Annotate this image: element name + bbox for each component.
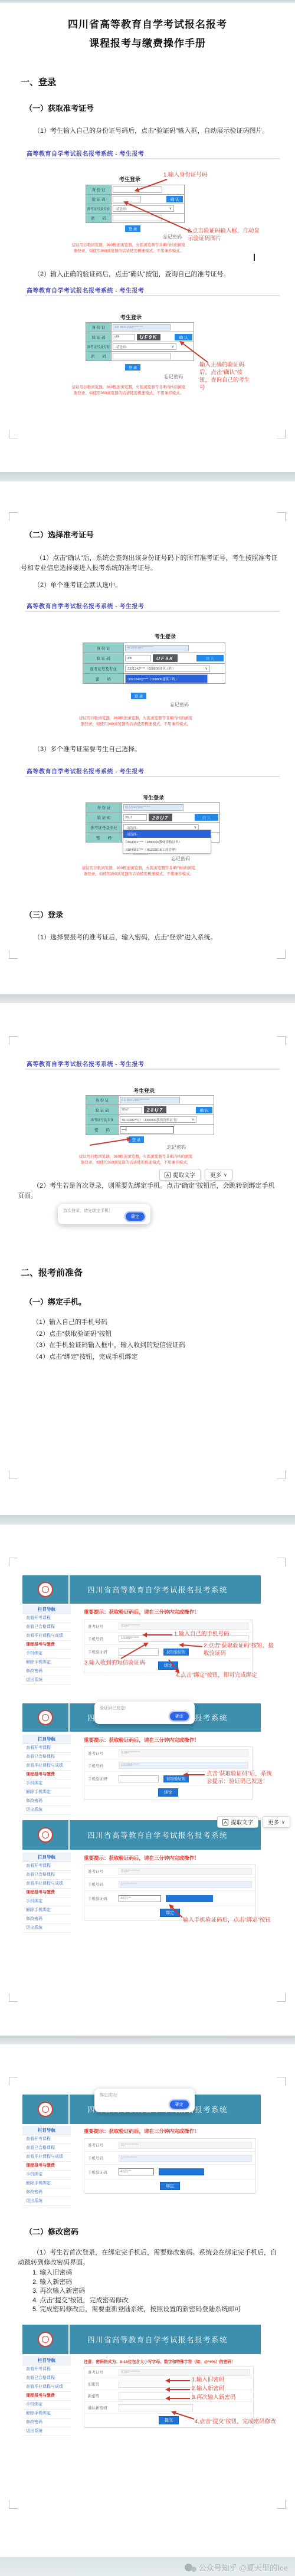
- seal-icon: [38, 1710, 53, 1725]
- password-step: 5. 完成密码修改后，需要重新登陆系统，按照设置的新密码登陆系统即可: [32, 2305, 280, 2315]
- captcha-image[interactable]: 28U7: [144, 1106, 166, 1113]
- password-steps: 1. 输入旧密码2. 输入新密码3. 再次输入新密码4. 点击“提交”按钮，完成…: [32, 2269, 280, 2315]
- login-form: 身 份 证 5113041986******** 验 证 码 28u7 28U7…: [86, 1095, 214, 1135]
- captcha-image[interactable]: 28U7: [149, 814, 172, 821]
- image-toolbar: A提取文字 更多∨: [217, 1816, 290, 1828]
- dropdown-option[interactable]: 3321242Q****（508806建筑工程）: [126, 675, 207, 683]
- portal-logo: [22, 2325, 68, 2354]
- chevron-down-icon: ∨: [224, 1172, 227, 1178]
- annotation-confirm: 输入正确的验证码后，点击“确认”按钮，查询自己的考生号: [199, 361, 250, 392]
- portal-sidebar: 栏目导航 查看开考课程查看已合格课程查看毕业课程与成绩课程报考与缴费手机绑定解除…: [22, 1735, 71, 1815]
- password-label: 密 码: [86, 833, 122, 842]
- ticket-label: 准考证号及专业: [86, 1115, 119, 1124]
- sidebar-item[interactable]: 查看毕业课程与成绩: [22, 2383, 71, 2392]
- ticket-dropdown: -请选择- 0104082****（J080000教师资格证书） 0104081…: [123, 830, 211, 854]
- ticket-label: 准考证号: [88, 1624, 119, 1629]
- dialog-text: 验证码已发送!: [94, 1702, 195, 1711]
- id-label: 身 份 证: [86, 803, 122, 812]
- seal-icon: [38, 2332, 53, 2347]
- annotation-arrow: [169, 2380, 190, 2381]
- bind-button-row: 绑定: [84, 1786, 252, 1800]
- code-input[interactable]: [119, 1775, 159, 1782]
- login-button[interactable]: 登 录: [125, 364, 140, 371]
- sidebar-item[interactable]: 查看毕业课程与成绩: [22, 1632, 71, 1641]
- browser-tip: 建议用谷歌浏览器，360极速浏览器，火狐浏览器等非IE内核的浏览器登录，如使用3…: [71, 385, 186, 396]
- page-gap: [0, 994, 295, 1003]
- divider: [25, 1069, 280, 1070]
- crop-mark: [9, 950, 18, 959]
- extract-text-button[interactable]: A提取文字: [159, 1169, 201, 1181]
- annotation-4: 4.点击“提交”按钮，完成密码修改: [195, 2418, 276, 2426]
- browser-tip: 建议用谷歌浏览器，360极速浏览器，火狐浏览器等非IE内核的浏览器登录，如使用3…: [71, 242, 186, 254]
- ticket-label: 准考证号及专业: [86, 823, 122, 832]
- sidebar-item[interactable]: 退出系统: [22, 2197, 71, 2206]
- forgot-password-link[interactable]: 忘记密码: [171, 856, 190, 862]
- chevron-down-icon: ∨: [194, 825, 196, 830]
- page-gap: [0, 472, 295, 481]
- portal-logo: [22, 1703, 68, 1732]
- crop-mark: [9, 512, 18, 521]
- dialog-text: 绑定成功!: [94, 2089, 195, 2098]
- annotation-arrow: [90, 1139, 129, 1146]
- confirm-button[interactable]: 确 认: [196, 655, 224, 661]
- id-input[interactable]: 441581199********: [125, 645, 189, 651]
- footer-bar: 公众号知乎 @夏天里的Ice: [0, 2557, 295, 2576]
- ticket-select[interactable]: -请选择-∨: [113, 343, 176, 350]
- ticket-label: 准考证号: [88, 1751, 119, 1756]
- password-input[interactable]: —|: [120, 1126, 174, 1133]
- sidebar-item[interactable]: 查看开考课程: [22, 1744, 71, 1753]
- code-label: 手机验证码: [88, 2169, 119, 2175]
- code-input[interactable]: 4621**: [119, 2168, 154, 2175]
- sidebar-item[interactable]: 查看开考课程: [22, 2135, 71, 2144]
- code-sent-dialog: 验证码已发送! 确定: [94, 1702, 195, 1724]
- page-gap: [0, 2036, 295, 2044]
- ticket-label: 准考证号: [88, 2142, 119, 2148]
- heading-login-step: （三）登录: [25, 909, 63, 920]
- sidebar-item[interactable]: 查看已合格课程: [22, 2374, 71, 2383]
- sidebar-item[interactable]: 修改密码: [22, 1797, 71, 1806]
- id-label: 身 份 证: [86, 185, 112, 194]
- forgot-password-link[interactable]: 忘记密码: [163, 234, 182, 240]
- phone-label: 手机号码: [88, 2155, 119, 2161]
- para-password-intro: （1）考生若首次登录，在绑定完手机后，需要修改密码。系统会在绑定完手机后，自动跳…: [18, 2248, 280, 2268]
- bind-button[interactable]: 绑定: [160, 2182, 180, 2190]
- bind-phone-form: 准考证号 0104******** 手机号码 1********** 手机验证码…: [84, 1864, 256, 1920]
- sidebar-item[interactable]: 手机绑定: [22, 2401, 71, 2410]
- captcha-image[interactable]: UF9K: [137, 334, 160, 340]
- heading-choose-ticket: （二）选择准考证号: [25, 529, 94, 540]
- watermark-text: 公众号知乎 @夏天里的Ice: [199, 2562, 288, 2573]
- annotation-arrow: [146, 1634, 172, 1636]
- ticket-label: 准考证号: [88, 2369, 119, 2375]
- page-gap: [0, 1515, 295, 1525]
- sidebar-item[interactable]: 手机绑定: [22, 2171, 71, 2180]
- sidebar-item[interactable]: 修改密码: [22, 2188, 71, 2197]
- phone-input[interactable]: 1**********: [119, 2155, 252, 2162]
- sidebar-item[interactable]: 查看毕业课程与成绩: [22, 1880, 71, 1889]
- crop-mark: [9, 2500, 18, 2509]
- bind-step: （2）点击“获取验证码”按钮: [32, 1329, 280, 1341]
- sidebar-header: 栏目导航: [22, 2356, 71, 2365]
- login-form-title: 考生登录: [135, 794, 172, 801]
- seal-icon: [38, 2102, 53, 2117]
- code-label: 手机验证码: [88, 1896, 119, 1901]
- bind-step: （4）点击“绑定”按钮，完成手机绑定: [32, 1352, 280, 1364]
- bind-phone-form: 准考证号 51********** 手机号码 1********** 手机验证码…: [84, 2138, 256, 2194]
- chevron-down-icon: ∨: [169, 207, 172, 211]
- sidebar-item[interactable]: 退出系统: [22, 1676, 71, 1685]
- code-label: 手机验证码: [88, 1776, 119, 1781]
- heading-get-ticket: （一）获取准考证号: [25, 102, 94, 113]
- id-input[interactable]: 441581199M********: [113, 324, 171, 330]
- password-input[interactable]: [113, 353, 171, 359]
- phone-label: 手机号码: [88, 1882, 119, 1887]
- id-label: 身 份 证: [86, 323, 112, 332]
- crop-mark: [277, 512, 286, 521]
- extract-text-button[interactable]: A提取文字: [217, 1816, 258, 1828]
- ticket-value: 0104********: [119, 1749, 248, 1756]
- portal-logo: [22, 1575, 68, 1604]
- ticket-label: 准考证号: [88, 1869, 119, 1874]
- portal-header: 四川省高等教育自学考试报名报考系统: [22, 1575, 261, 1604]
- sidebar-item[interactable]: 手机绑定: [22, 1897, 71, 1906]
- heading-bind-phone: （一）绑定手机。: [25, 1296, 86, 1307]
- system-link[interactable]: 高等教育自学考试报名报考系统 - 考生报考: [27, 1059, 144, 1068]
- password-label: 密 码: [83, 674, 124, 683]
- doc-title-line2: 课程报考与缴费操作手册: [0, 34, 295, 53]
- code-input[interactable]: 4621**: [119, 1895, 161, 1902]
- sidebar-item[interactable]: 解除手机绑定: [22, 2180, 71, 2188]
- para-login-1: （1）选择要报考的准考证后，输入密码，点击“登录”进入系统。: [34, 933, 281, 943]
- captcha-label: 验 证 码: [83, 653, 124, 663]
- confirm-button[interactable]: 确 认: [175, 334, 192, 340]
- dropdown-option[interactable]: 0104082****（J080000教师资格证书）: [123, 838, 211, 845]
- warning-text: 重要提示：获取验证码后，请在三分钟内完成操作！: [84, 2128, 199, 2135]
- dialog-ok-button[interactable]: 确定: [126, 1212, 145, 1221]
- dropdown-option[interactable]: 0104081****（H120201K工商管理）: [123, 845, 211, 853]
- divider: [25, 295, 280, 296]
- confirm-button[interactable]: 确 认: [195, 814, 218, 821]
- bind-button-row: 绑定: [84, 2180, 255, 2193]
- sidebar-item[interactable]: 查看开考课程: [22, 1862, 71, 1871]
- crop-mark: [277, 950, 286, 959]
- heading-change-password: （二）修改密码: [25, 2226, 78, 2237]
- ticket-dropdown: 3321242Q****（508806建筑工程）: [125, 674, 208, 683]
- portal-logo: [22, 1820, 68, 1850]
- password-step: 4. 点击“提交”按钮，完成密码修改: [32, 2296, 280, 2306]
- annotation-1: 1.输入旧密码: [192, 2376, 224, 2384]
- para-get-ticket-2: （2）输入正确的验证码后，点击“确认”按钮，查询自己的准考证号。: [34, 270, 281, 280]
- captcha-input[interactable]: ufik: [113, 334, 135, 340]
- captcha-input[interactable]: 28u7: [123, 814, 147, 821]
- crop-mark: [9, 2077, 18, 2086]
- login-form-title: 考生登录: [111, 175, 149, 183]
- crop-mark: [277, 430, 286, 438]
- divider: [25, 776, 280, 777]
- sidebar-item[interactable]: 修改密码: [22, 2418, 71, 2427]
- portal-logo: [22, 2095, 68, 2124]
- submit-button[interactable]: 提交: [159, 2416, 179, 2424]
- crop-mark: [9, 430, 18, 438]
- browser-tip: 建议用谷歌浏览器，360极速浏览器，火狐浏览器等非IE内核的浏览器登录，如使用3…: [81, 866, 196, 877]
- bind-button[interactable]: 绑定: [158, 1788, 178, 1797]
- password-label: 密 码: [86, 352, 112, 360]
- sidebar-item[interactable]: 课程报考与缴费: [22, 2162, 71, 2171]
- page-gap: [0, 0, 295, 3]
- captcha-image[interactable]: UF9K: [153, 654, 178, 662]
- heading-prepare: 二、报考前准备: [21, 1266, 83, 1279]
- dialog-ok-button[interactable]: 确定: [170, 2100, 189, 2109]
- system-link[interactable]: 高等教育自学考试报名报考系统 - 考生报考: [27, 286, 144, 294]
- para-choose-2: （2）单个准考证会默认选中。: [34, 581, 281, 591]
- ticket-label: 准考证号及专业: [86, 342, 112, 351]
- annotation-arrow: [169, 2398, 190, 2399]
- crop-mark: [277, 1558, 286, 1566]
- password-step: 1. 输入旧密码: [32, 2269, 280, 2278]
- crop-mark: [9, 1470, 18, 1479]
- ticket-label: 准考证号及专业: [86, 204, 112, 213]
- annotation-1: 1.输入自己的手机号码: [174, 1630, 229, 1638]
- bind-success-dialog: 绑定成功! 确定: [94, 2089, 195, 2112]
- crop-mark: [9, 1993, 18, 2002]
- ticket-value: 51**********: [119, 2142, 252, 2149]
- para-choose-3: （3）多个准考证需要考生自己选择。: [34, 745, 281, 755]
- crop-mark: [277, 1993, 286, 2002]
- phone-input[interactable]: 180025*****: [119, 1762, 248, 1769]
- portal-sidebar: 栏目导航 查看开考课程查看已合格课程查看毕业课程与成绩课程报考与缴费手机绑定解除…: [22, 1605, 71, 1685]
- chevron-down-icon: ∨: [281, 1820, 285, 1825]
- text-cursor: [254, 254, 255, 261]
- sidebar-item[interactable]: 手机绑定: [22, 1779, 71, 1788]
- sidebar-item[interactable]: 课程报考与缴费: [22, 1771, 71, 1779]
- password-format-note: 注意：密码格式为：8-16位包含大小写字母、数字和特殊字符（如：@*#%）的密码…: [84, 2358, 235, 2364]
- warning-text: 重要提示：获取验证码后，请在三分钟内完成操作！: [84, 1736, 199, 1743]
- crop-mark: [9, 1036, 18, 1045]
- annotation-bind: 输入手机验证码后，点击“绑定”按钮: [183, 1916, 271, 1924]
- login-form-title: 考生登录: [112, 313, 150, 321]
- sidebar-header: 栏目导航: [22, 2126, 71, 2135]
- annotation-2: 2.输入新密码: [192, 2385, 224, 2393]
- password-label: 密 码: [86, 214, 112, 222]
- dropdown-option[interactable]: -请选择-: [123, 830, 211, 838]
- crop-mark: [277, 1470, 286, 1479]
- phone-label: 手机号码: [88, 1763, 119, 1768]
- heading-login: 一、登录: [21, 76, 56, 88]
- image-toolbar: A提取文字 更多∨: [159, 1169, 232, 1181]
- annotation-3: 3.输入收到的短信验证码: [84, 1659, 145, 1667]
- sidebar-item[interactable]: 查看开考课程: [22, 1614, 71, 1623]
- portal-sidebar: 栏目导航 查看开考课程查看已合格课程查看毕业课程与成绩课程报考与缴费手机绑定解除…: [22, 1853, 71, 1933]
- warning-text: 重要提示：获取验证码后，请在三分钟内完成操作！: [84, 1854, 199, 1861]
- ticket-label: 准考证号及专业: [83, 664, 124, 673]
- sidebar-item[interactable]: 查看毕业课程与成绩: [22, 1762, 71, 1771]
- sidebar-item[interactable]: 解除手机绑定: [22, 1788, 71, 1797]
- sidebar-item[interactable]: 修改密码: [22, 1667, 71, 1676]
- get-code-button-disabled: [166, 1895, 213, 1902]
- captcha-label: 验 证 码: [86, 195, 112, 204]
- doc-title: 四川省高等教育自学考试报名报考 课程报考与缴费操作手册: [0, 15, 295, 53]
- sidebar-item[interactable]: 退出系统: [22, 2427, 71, 2436]
- id-label: 身 份 证: [86, 1096, 119, 1105]
- more-button[interactable]: 更多∨: [263, 1816, 290, 1828]
- phone-label: 手机号码: [88, 1636, 119, 1641]
- chat-bubble-icon: [191, 2567, 196, 2572]
- confirm-button[interactable]: 确 认: [196, 1107, 212, 1113]
- sidebar-item[interactable]: 课程报考与缴费: [22, 2392, 71, 2401]
- captcha-input[interactable]: ufik: [125, 655, 151, 661]
- captcha-label: 验 证 码: [86, 1105, 119, 1115]
- captcha-label: 验 证 码: [86, 332, 112, 342]
- annotation-2: 2.点击验证码输入框，自动显示验证码图片: [188, 227, 263, 242]
- crop-mark: [277, 2500, 286, 2509]
- get-code-button-disabled: [159, 2168, 204, 2175]
- login-form: 身 份 证 441581199M******** 验 证 码 ufik UF9K…: [86, 322, 194, 361]
- divider: [25, 611, 280, 612]
- confirm-password-label: 确认新密码: [88, 2405, 119, 2410]
- bind-steps: （1）输入自己的手机号码（2）点击“获取验证码”按钮（3）在手机验证码输入框中，…: [32, 1317, 280, 1363]
- browser-tip: 建议用谷歌浏览器，360极速浏览器，火狐浏览器等非IE内核的浏览器登录，如使用3…: [78, 716, 194, 727]
- annotation-1: 1.输入身份证号码: [163, 171, 207, 179]
- crop-mark: [277, 2077, 286, 2086]
- crop-mark: [9, 1558, 18, 1566]
- browser-tip: 建议用谷歌浏览器，360极速浏览器，火狐浏览器等非IE内核的浏览器登录，如使用3…: [78, 1154, 194, 1165]
- login-button[interactable]: 登 录: [125, 225, 140, 232]
- portal-title: 四川省高等教育自学考试报名报考系统: [70, 1575, 261, 1604]
- login-form-title: 考生登录: [125, 1087, 163, 1094]
- annotation-3: 3.再次输入新密码: [192, 2394, 235, 2401]
- portal-sidebar: 栏目导航 查看开考课程查看已合格课程查看毕业课程与成绩课程报考与缴费手机绑定解除…: [22, 2126, 71, 2206]
- manual-document: 四川省高等教育自学考试报名报考 课程报考与缴费操作手册 一、登录 （一）获取准考…: [0, 0, 295, 2576]
- forgot-password-link[interactable]: 忘记密码: [167, 1144, 186, 1151]
- para-choose-1: （1）点击“确认”后，系统会查询出该身份证号码下的所有准考证号，考生按照准考证号…: [21, 553, 280, 573]
- forgot-password-link[interactable]: 忘记密码: [164, 373, 183, 380]
- extract-text-icon: A: [165, 1172, 171, 1178]
- phone-input[interactable]: 1**********: [119, 1881, 252, 1888]
- watermark: 公众号知乎 @夏天里的Ice: [185, 2562, 288, 2573]
- system-link[interactable]: 高等教育自学考试报名报考系统 - 考生报考: [27, 766, 144, 775]
- captcha-input[interactable]: 28u7: [120, 1107, 142, 1113]
- sidebar-item[interactable]: 手机绑定: [22, 1650, 71, 1659]
- bind-step: （1）输入自己的手机号码: [32, 1317, 280, 1329]
- captcha-label: 验 证 码: [86, 812, 122, 822]
- sidebar-item[interactable]: 查看已合格课程: [22, 1753, 71, 1762]
- forgot-password-link[interactable]: 忘记密码: [170, 702, 189, 708]
- para-get-ticket-1: （1）考生输入自己的身份证号码后，点击“验证码”输入框，自动展示验证码图片。: [34, 126, 281, 136]
- seal-icon: [38, 1582, 53, 1597]
- annotation-2: 2.点击“获取验证码”按钮，接收验证码: [204, 1642, 277, 1657]
- ticket-value: 0104********: [119, 2369, 250, 2376]
- annotation-code-sent: 点击“获取验证码”后，系统会提示：验证码已发送！: [206, 1770, 276, 1785]
- sidebar-item[interactable]: 查看毕业课程与成绩: [22, 2153, 71, 2162]
- warning-text: 重要提示：获取验证码后，请在三分钟内完成操作！: [84, 1608, 199, 1615]
- ticket-select[interactable]: 3321242****（508806建筑工程）∨: [125, 666, 210, 672]
- password-label: 密 码: [86, 1125, 119, 1135]
- code-input[interactable]: [119, 1648, 159, 1656]
- ticket-value: 0104********: [119, 1623, 248, 1630]
- system-link[interactable]: 高等教育自学考试报名报考系统 - 考生报考: [27, 149, 144, 158]
- portal-title: 四川省高等教育自学考试报名报考系统: [70, 2325, 261, 2354]
- ticket-select[interactable]: 0104080**07（J080000教师资格证书）∨: [120, 1116, 196, 1123]
- get-code-button[interactable]: 获取验证码: [163, 1648, 189, 1656]
- annotation-arrow: [186, 1774, 205, 1775]
- para-login-2: （2）考生若是首次登录，则需要先绑定手机。点击“确定”按钮后，会跳转到绑定手机页…: [18, 1181, 280, 1201]
- login-button[interactable]: 登 录: [131, 693, 146, 699]
- sidebar-item[interactable]: 查看开考课程: [22, 2365, 71, 2374]
- extract-text-icon: A: [222, 1819, 228, 1826]
- sidebar-item[interactable]: 查看已合格课程: [22, 1871, 71, 1880]
- sidebar-header: 栏目导航: [22, 1605, 71, 1614]
- login-form-title: 考生登录: [145, 632, 186, 640]
- divider: [25, 158, 280, 159]
- sidebar-item[interactable]: 课程报考与缴费: [22, 1889, 71, 1897]
- doc-title-line1: 四川省高等教育自学考试报名报考: [0, 15, 295, 34]
- bind-step: （3）在手机验证码输入框中，输入收到的短信验证码: [32, 1340, 280, 1352]
- sidebar-item[interactable]: 解除手机绑定: [22, 2410, 71, 2418]
- sidebar-header: 栏目导航: [22, 1853, 71, 1862]
- old-password-label: 旧密码: [88, 2381, 119, 2387]
- first-login-dialog: 首次登录，请先绑定手机！ 确定: [58, 1204, 150, 1224]
- chevron-down-icon: ∨: [205, 667, 208, 671]
- confirm-password-input[interactable]: [119, 2404, 193, 2411]
- chevron-down-icon: ∨: [192, 1117, 194, 1122]
- code-label: 手机验证码: [88, 1649, 119, 1654]
- chevron-down-icon: ∨: [172, 345, 174, 349]
- sidebar-header: 栏目导航: [22, 1735, 71, 1744]
- id-input[interactable]: 5113041986********: [120, 1097, 180, 1103]
- more-button[interactable]: 更多∨: [205, 1169, 232, 1181]
- sidebar-item[interactable]: 课程报考与缴费: [22, 1641, 71, 1650]
- password-step: 3. 再次输入新密码: [32, 2287, 280, 2296]
- sidebar-item[interactable]: 退出系统: [22, 1924, 71, 1933]
- sidebar-item[interactable]: 解除手机绑定: [22, 1906, 71, 1915]
- id-input[interactable]: 5112047986******: [123, 804, 183, 811]
- system-link[interactable]: 高等教育自学考试报名报考系统 - 考生报考: [27, 601, 144, 610]
- sidebar-item[interactable]: 修改密码: [22, 1915, 71, 1924]
- id-label: 身 份 证: [83, 643, 124, 653]
- sidebar-item[interactable]: 查看已合格课程: [22, 2144, 71, 2153]
- crop-mark: [277, 1036, 286, 1045]
- sidebar-item[interactable]: 退出系统: [22, 1806, 71, 1815]
- ticket-value: 0104********: [119, 1868, 252, 1875]
- annotation-4: 4.点击“绑定”按钮，即可完成绑定: [176, 1672, 257, 1679]
- new-password-label: 新密码: [88, 2393, 119, 2398]
- dialog-ok-button[interactable]: 确定: [170, 1712, 189, 1720]
- sidebar-item[interactable]: 查看已合格课程: [22, 1623, 71, 1632]
- sidebar-item[interactable]: 解除手机绑定: [22, 1659, 71, 1667]
- password-step: 2. 输入新密码: [32, 2278, 280, 2287]
- confirm-button[interactable]: 确 认: [166, 196, 183, 202]
- old-password-input[interactable]: [119, 2381, 193, 2388]
- portal-sidebar: 栏目导航 查看开考课程查看已合格课程查看毕业课程与成绩课程报考与缴费手机绑定解除…: [22, 2356, 71, 2436]
- seal-icon: [38, 1827, 53, 1843]
- portal-header: 四川省高等教育自学考试报名报考系统: [22, 2325, 261, 2354]
- annotation-arrow: [169, 2389, 190, 2390]
